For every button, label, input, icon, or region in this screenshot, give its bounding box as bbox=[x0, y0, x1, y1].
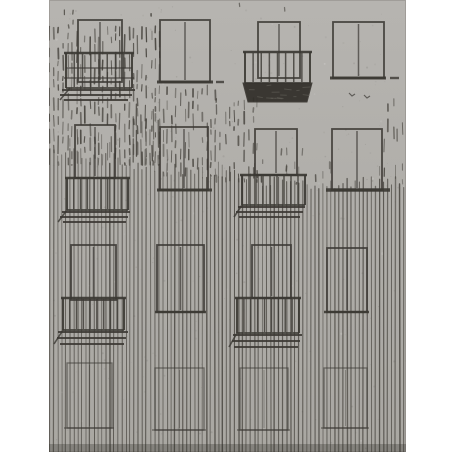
artwork-photo bbox=[0, 0, 452, 452]
bottom-shadow-band bbox=[49, 444, 406, 452]
etching-print bbox=[0, 0, 452, 452]
balcony-r1-c3 bbox=[243, 52, 312, 102]
